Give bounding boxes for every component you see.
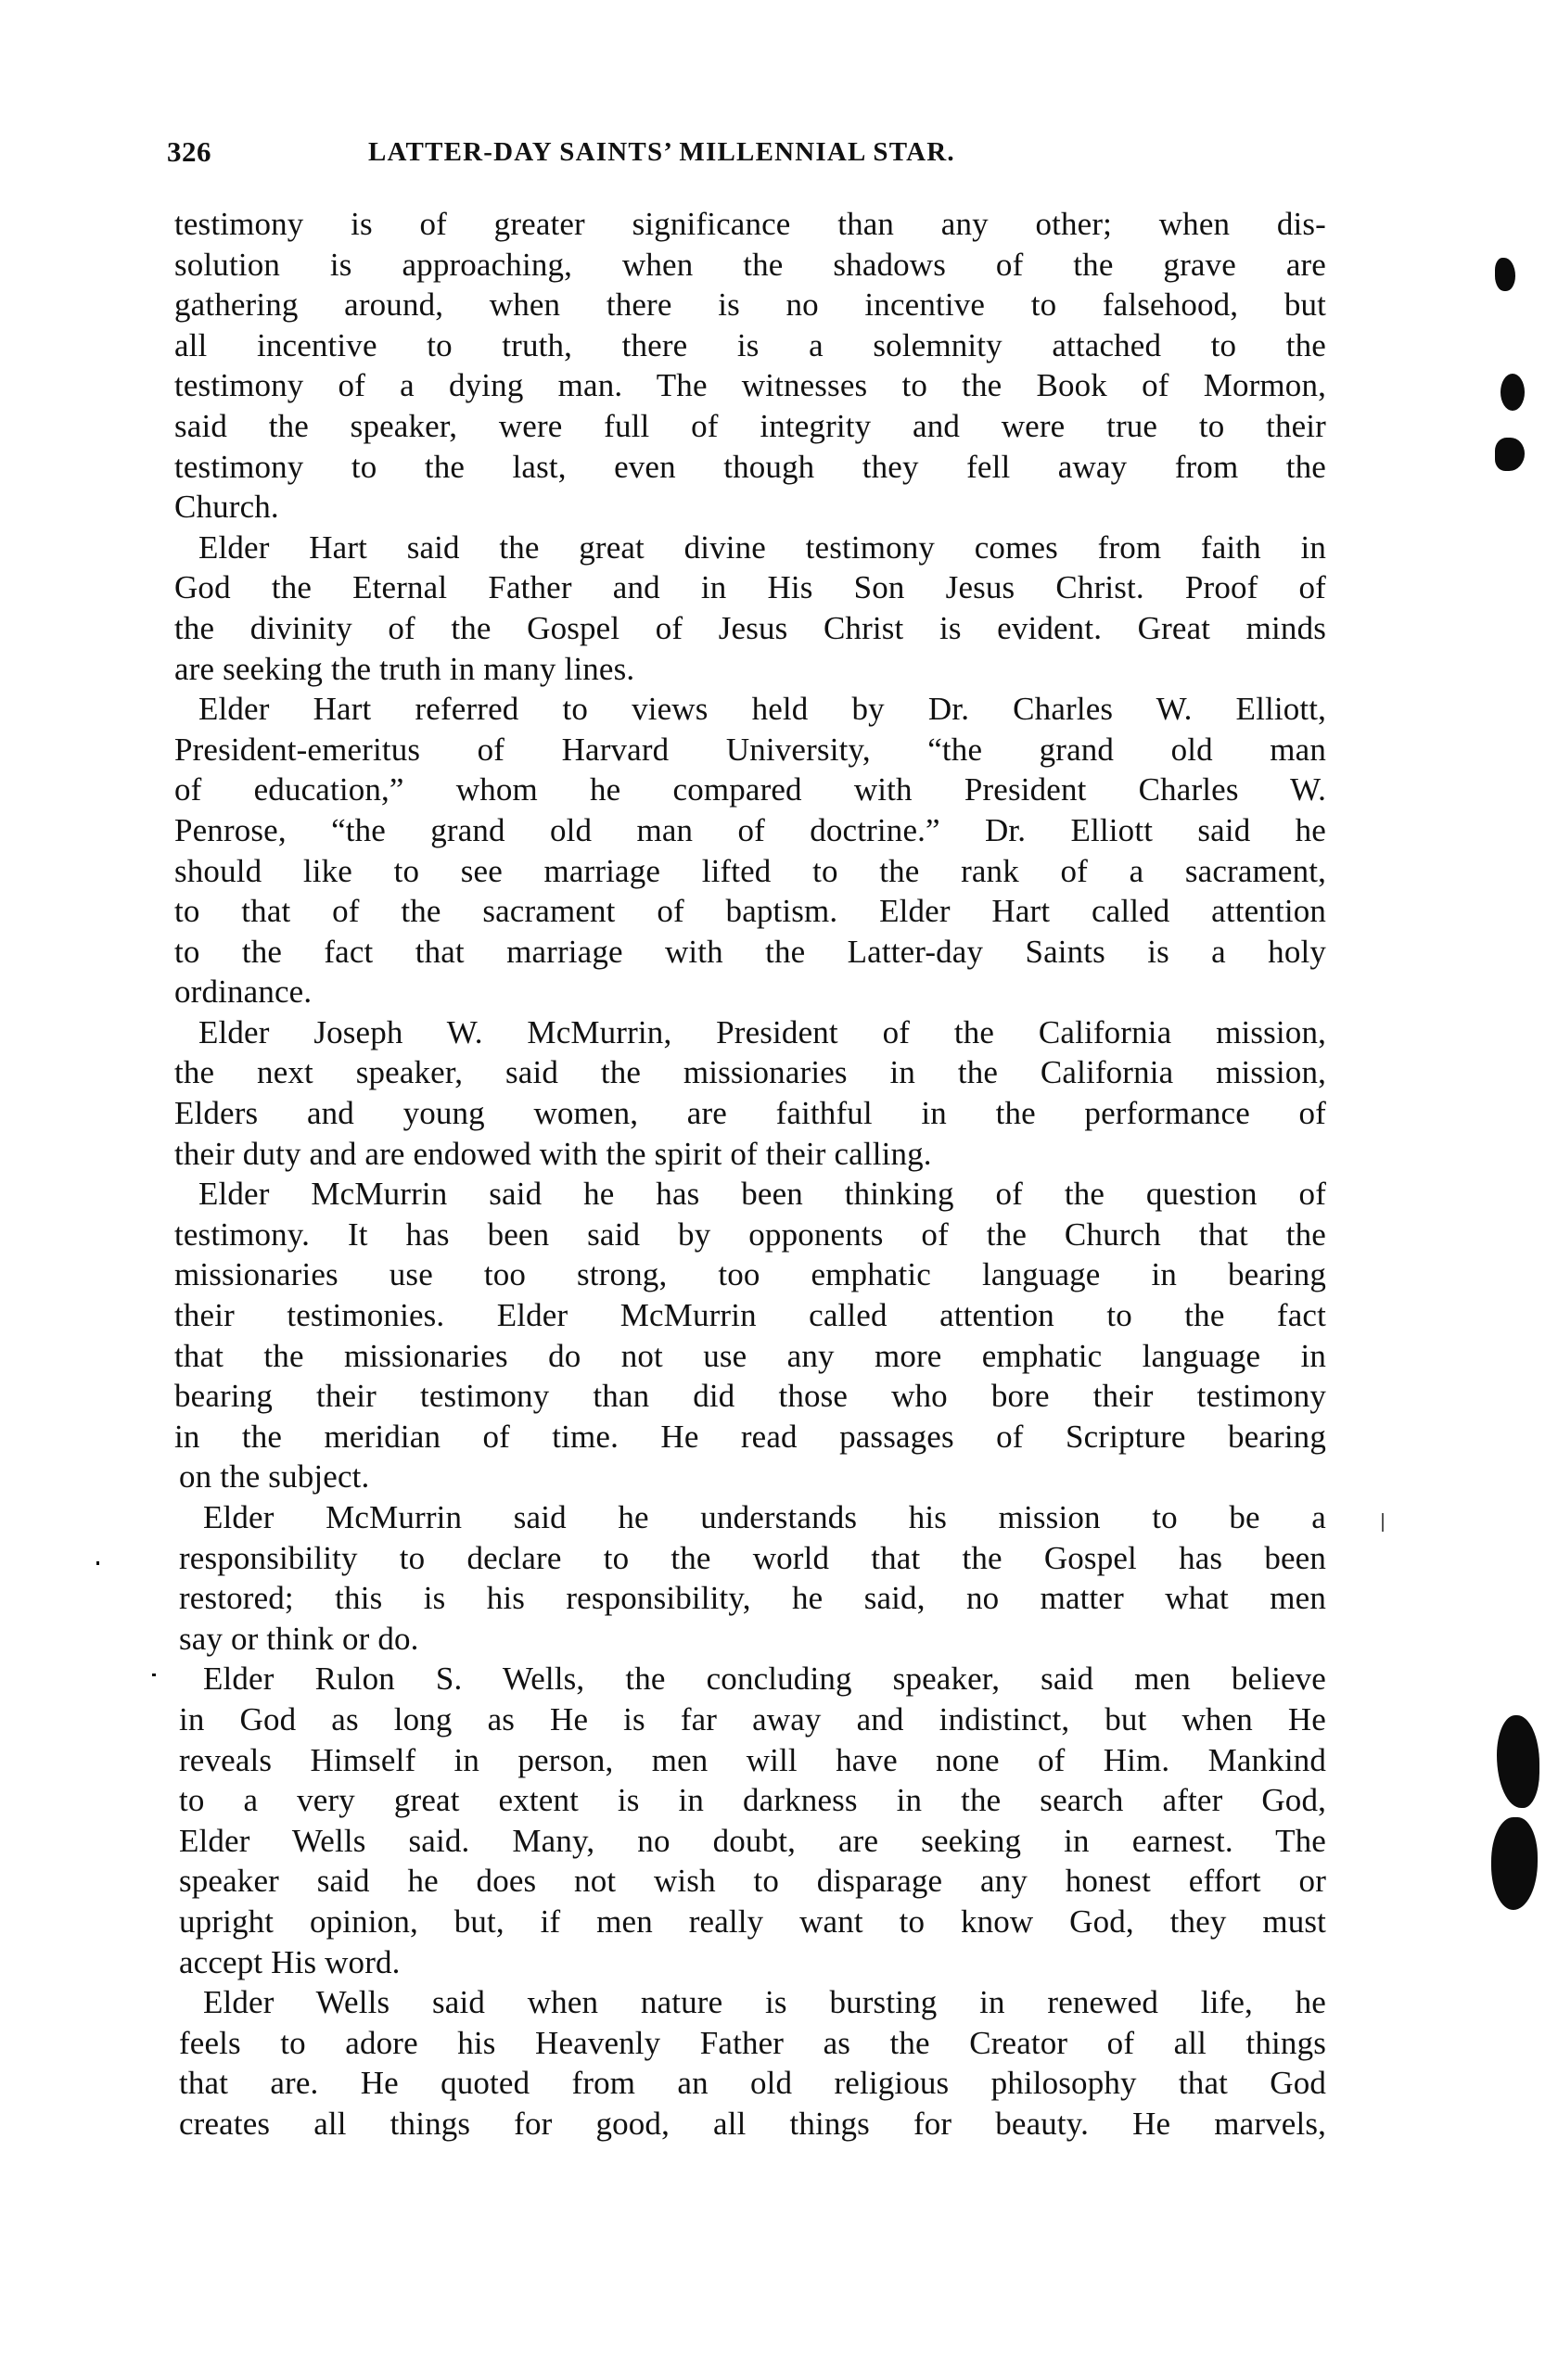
- paragraph-first-line: Elder Joseph W. McMurrin, President of t…: [174, 1012, 1326, 1053]
- text-line: that the missionaries do not use any mor…: [174, 1336, 1326, 1377]
- ink-blot-3: [1495, 438, 1525, 471]
- text-line: restored; this is his responsibility, he…: [179, 1578, 1326, 1619]
- text-line: reveals Himself in person, men will have…: [179, 1740, 1326, 1781]
- text-line: testimony is of greater significance tha…: [174, 204, 1326, 245]
- text-line: their testimonies. Elder McMurrin called…: [174, 1295, 1326, 1336]
- text-line: gathering around, when there is no incen…: [174, 285, 1326, 325]
- text-line: responsibility to declare to the world t…: [179, 1538, 1326, 1579]
- text-line: say or think or do.: [179, 1619, 1326, 1660]
- text-line: in God as long as He is far away and ind…: [179, 1699, 1326, 1740]
- text-line: missionaries use too strong, too emphati…: [174, 1254, 1326, 1295]
- running-head: 326 LATTER-DAY SAINTS’ MILLENNIAL STAR.: [167, 135, 1094, 169]
- page-number: 326: [167, 135, 211, 169]
- text-line: are seeking the truth in many lines.: [174, 649, 1326, 690]
- paragraph-first-line: Elder McMurrin said he has been thinking…: [174, 1174, 1326, 1215]
- text-line: ordinance.: [174, 972, 1326, 1012]
- text-line: the next speaker, said the missionaries …: [174, 1052, 1326, 1093]
- margin-tick: [1382, 1513, 1384, 1532]
- text-line: creates all things for good, all things …: [179, 2104, 1326, 2145]
- text-line: testimony. It has been said by opponents…: [174, 1215, 1326, 1255]
- text-line: speaker said he does not wish to dispara…: [179, 1861, 1326, 1902]
- paragraph-first-line: Elder Hart referred to views held by Dr.…: [174, 689, 1326, 730]
- scanned-page: 326 LATTER-DAY SAINTS’ MILLENNIAL STAR. …: [0, 0, 1558, 2380]
- margin-dot-2: [152, 1674, 156, 1676]
- text-line: solution is approaching, when the shadow…: [174, 245, 1326, 286]
- text-line: said the speaker, were full of integrity…: [174, 406, 1326, 447]
- text-line: bearing their testimony than did those w…: [174, 1376, 1326, 1417]
- text-line: Penrose, “the grand old man of doctrine.…: [174, 810, 1326, 851]
- ink-blot-2: [1501, 374, 1525, 411]
- text-line: that are. He quoted from an old religiou…: [179, 2063, 1326, 2104]
- text-line: to the fact that marriage with the Latte…: [174, 932, 1326, 973]
- text-line: of education,” whom he compared with Pre…: [174, 770, 1326, 810]
- text-line: accept His word.: [179, 1942, 1326, 1983]
- text-line: testimony to the last, even though they …: [174, 447, 1326, 488]
- paragraph-first-line: Elder McMurrin said he understands his m…: [179, 1497, 1326, 1538]
- paragraph-first-line: Elder Wells said when nature is bursting…: [179, 1982, 1326, 2023]
- text-line: feels to adore his Heavenly Father as th…: [179, 2023, 1326, 2064]
- text-line: to a very great extent is in darkness in…: [179, 1780, 1326, 1821]
- text-line: in the meridian of time. He read passage…: [174, 1417, 1326, 1457]
- paragraph-first-line: Elder Hart said the great divine testimo…: [174, 528, 1326, 568]
- text-line: testimony of a dying man. The witnesses …: [174, 365, 1326, 406]
- text-line: to that of the sacrament of baptism. Eld…: [174, 891, 1326, 932]
- text-line: God the Eternal Father and in His Son Je…: [174, 567, 1326, 608]
- text-line: the divinity of the Gospel of Jesus Chri…: [174, 608, 1326, 649]
- text-line: Church.: [174, 487, 1326, 528]
- text-line: should like to see marriage lifted to th…: [174, 851, 1326, 892]
- text-line: on the subject.: [179, 1457, 1326, 1497]
- ink-blot-4: [1497, 1715, 1539, 1808]
- text-line: their duty and are endowed with the spir…: [174, 1134, 1326, 1175]
- journal-title: LATTER-DAY SAINTS’ MILLENNIAL STAR.: [368, 135, 955, 169]
- text-line: Elder Wells said. Many, no doubt, are se…: [179, 1821, 1326, 1862]
- ink-blot-1: [1495, 258, 1515, 291]
- text-line: all incentive to truth, there is a solem…: [174, 325, 1326, 366]
- margin-dot: [96, 1561, 99, 1565]
- ink-blot-5: [1491, 1817, 1538, 1910]
- text-line: President-emeritus of Harvard University…: [174, 730, 1326, 770]
- text-line: Elders and young women, are faithful in …: [174, 1093, 1326, 1134]
- paragraph-first-line: Elder Rulon S. Wells, the concluding spe…: [179, 1659, 1326, 1699]
- article-body: testimony is of greater significance tha…: [174, 204, 1326, 2145]
- text-line: upright opinion, but, if men really want…: [179, 1902, 1326, 1942]
